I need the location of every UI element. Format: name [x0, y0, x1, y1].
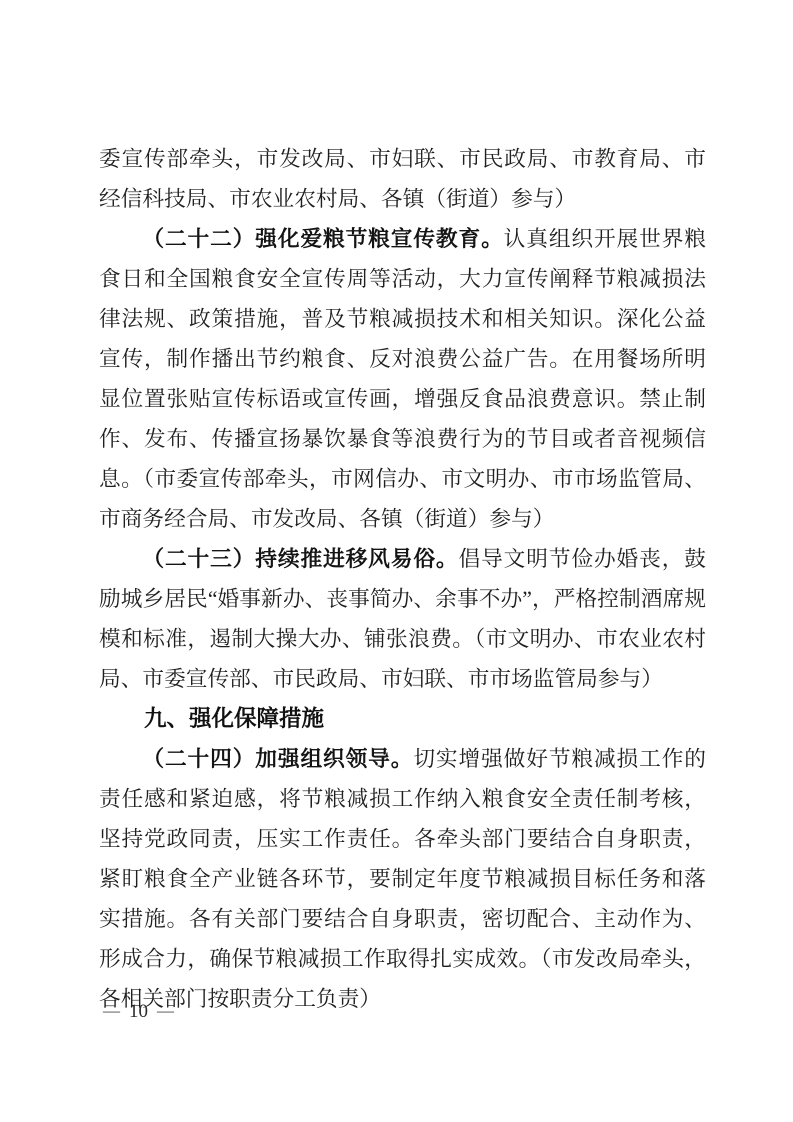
document-page: 委宣传部牵头，市发改局、市妇联、市民政局、市教育局、市经信科技局、市农业农村局、… — [0, 0, 793, 1122]
page-number-dash-left: — — [103, 998, 120, 1024]
page-footer: — 10 — — [103, 999, 174, 1025]
paragraph-item-22-lead: （二十二）强化爱粮节粮宣传教育。 — [142, 227, 503, 251]
paragraph-item-23: （二十三）持续推进移风易俗。倡导文明节俭办婚丧，鼓励城乡居民“婚事新办、丧事简办… — [99, 539, 706, 699]
document-body: 委宣传部牵头，市发改局、市妇联、市民政局、市教育局、市经信科技局、市农业农村局、… — [99, 139, 706, 1019]
paragraph-item-22: （二十二）强化爱粮节粮宣传教育。认真组织开展世界粮食日和全国粮食安全宣传周等活动… — [99, 219, 706, 539]
paragraph-item-22-text: 认真组织开展世界粮食日和全国粮食安全宣传周等活动，大力宣传阐释节粮减损法律法规、… — [99, 227, 706, 531]
paragraph-continuation: 委宣传部牵头，市发改局、市妇联、市民政局、市教育局、市经信科技局、市农业农村局、… — [99, 139, 706, 219]
paragraph-item-23-lead: （二十三）持续推进移风易俗。 — [142, 547, 458, 571]
section-heading-nine: 九、强化保障措施 — [99, 699, 706, 739]
page-number-dash-right: — — [157, 998, 174, 1024]
paragraph-item-24-text: 切实增强做好节粮减损工作的责任感和紧迫感，将节粮减损工作纳入粮食安全责任制考核，… — [99, 747, 706, 1011]
paragraph-item-24: （二十四）加强组织领导。切实增强做好节粮减损工作的责任感和紧迫感，将节粮减损工作… — [99, 739, 706, 1019]
paragraph-item-24-lead: （二十四）加强组织领导。 — [142, 747, 413, 771]
page-number: 10 — [129, 999, 148, 1025]
